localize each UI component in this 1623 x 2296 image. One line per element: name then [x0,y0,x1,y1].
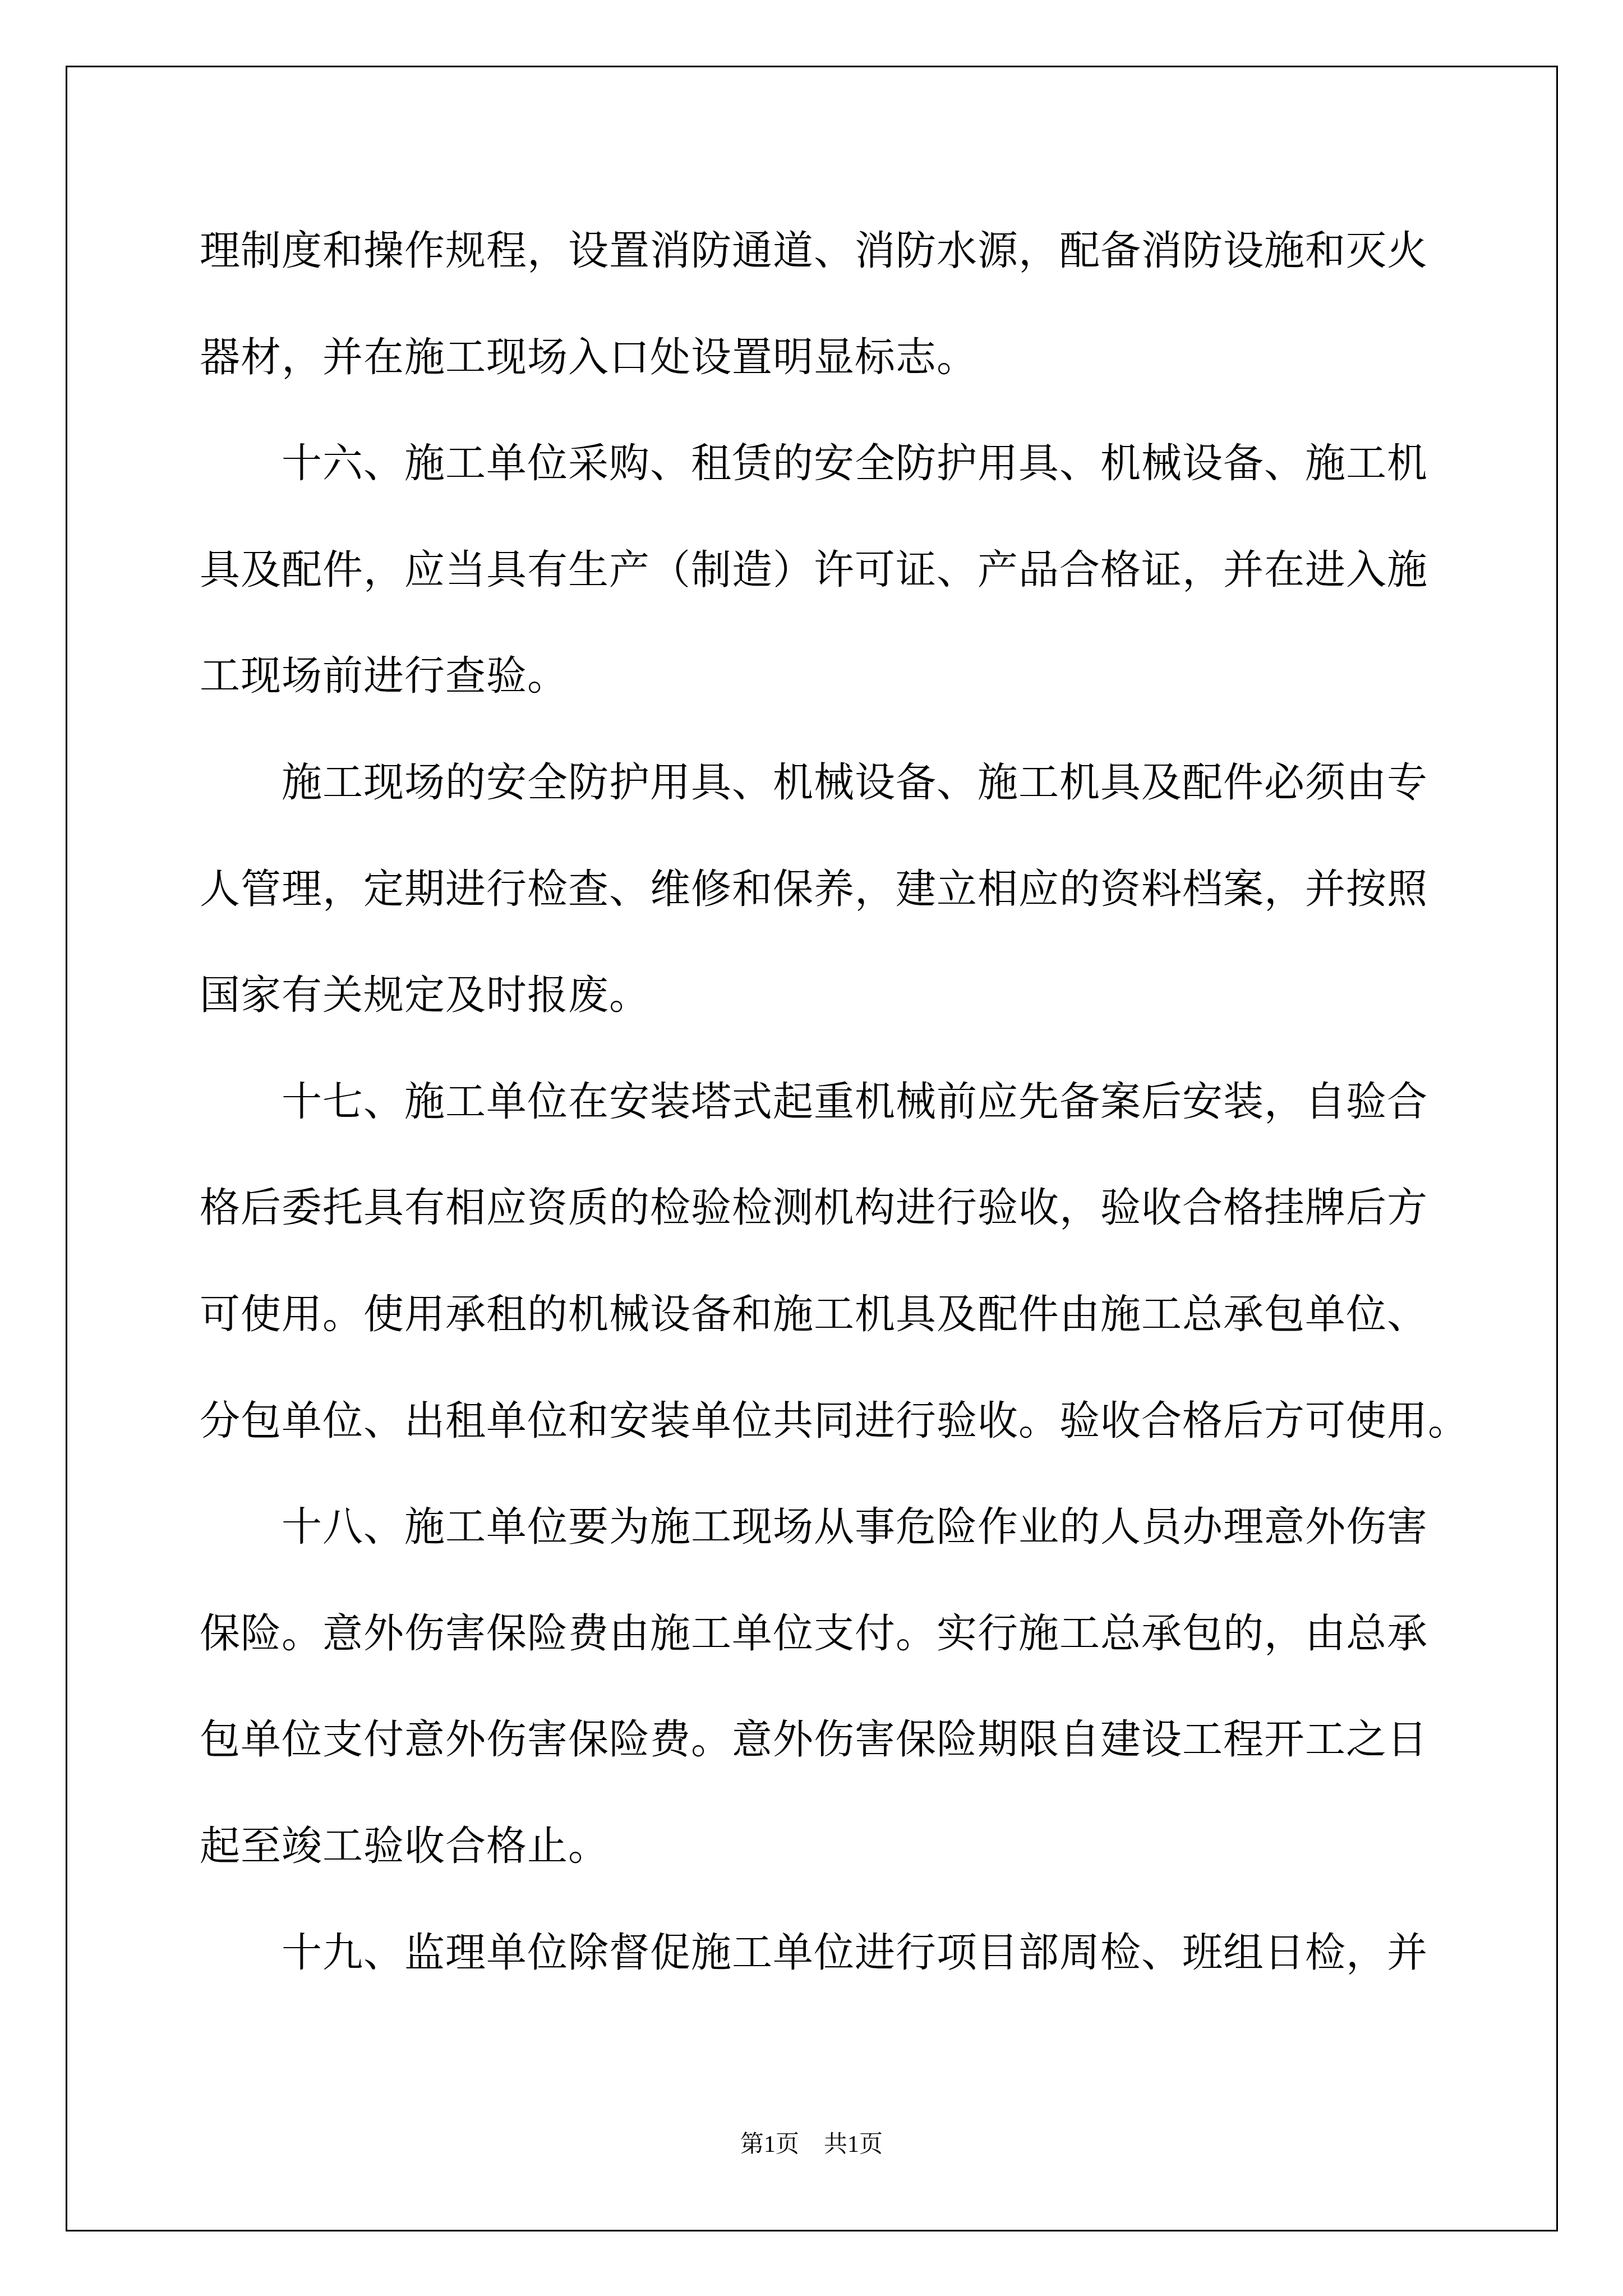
paragraph-equipment-start: 施工现场的安全防护用具、机械设备、施工机具及配件必须由专 [200,729,1429,836]
page-footer: 第1页共1页 [0,2129,1623,2160]
paragraph-16-start: 十六、施工单位采购、租赁的安全防护用具、机械设备、施工机 [200,410,1429,517]
paragraph-18-start: 十八、施工单位要为施工现场从事危险作业的人员办理意外伤害 [200,1474,1429,1580]
text-line: 器材，并在施工现场入口处设置明显标志。 [200,304,1429,411]
document-body: 理制度和操作规程，设置消防通道、消防水源，配备消防设施和灭火 器材，并在施工现场… [200,197,1429,2005]
paragraph-17-start: 十七、施工单位在安装塔式起重机械前应先备案后安装，自验合 [200,1048,1429,1155]
current-page-label: 第1页 [740,2129,799,2160]
total-pages-label: 共1页 [824,2129,883,2160]
text-line: 具及配件，应当具有生产（制造）许可证、产品合格证，并在进入施 [200,517,1429,623]
text-line: 人管理，定期进行检查、维修和保养，建立相应的资料档案，并按照 [200,836,1429,942]
text-line: 可使用。使用承租的机械设备和施工机具及配件由施工总承包单位、 [200,1261,1429,1368]
text-line: 工现场前进行查验。 [200,623,1429,729]
text-line: 国家有关规定及时报废。 [200,942,1429,1048]
text-line: 理制度和操作规程，设置消防通道、消防水源，配备消防设施和灭火 [200,197,1429,304]
text-line: 起至竣工验收合格止。 [200,1793,1429,1899]
paragraph-19-start: 十九、监理单位除督促施工单位进行项目部周检、班组日检，并 [200,1899,1429,2006]
text-line: 格后委托具有相应资质的检验检测机构进行验收，验收合格挂牌后方 [200,1154,1429,1261]
text-line: 分包单位、出租单位和安装单位共同进行验收。验收合格后方可使用。 [200,1368,1429,1474]
text-line: 包单位支付意外伤害保险费。意外伤害保险期限自建设工程开工之日 [200,1686,1429,1793]
text-line: 保险。意外伤害保险费由施工单位支付。实行施工总承包的，由总承 [200,1580,1429,1687]
